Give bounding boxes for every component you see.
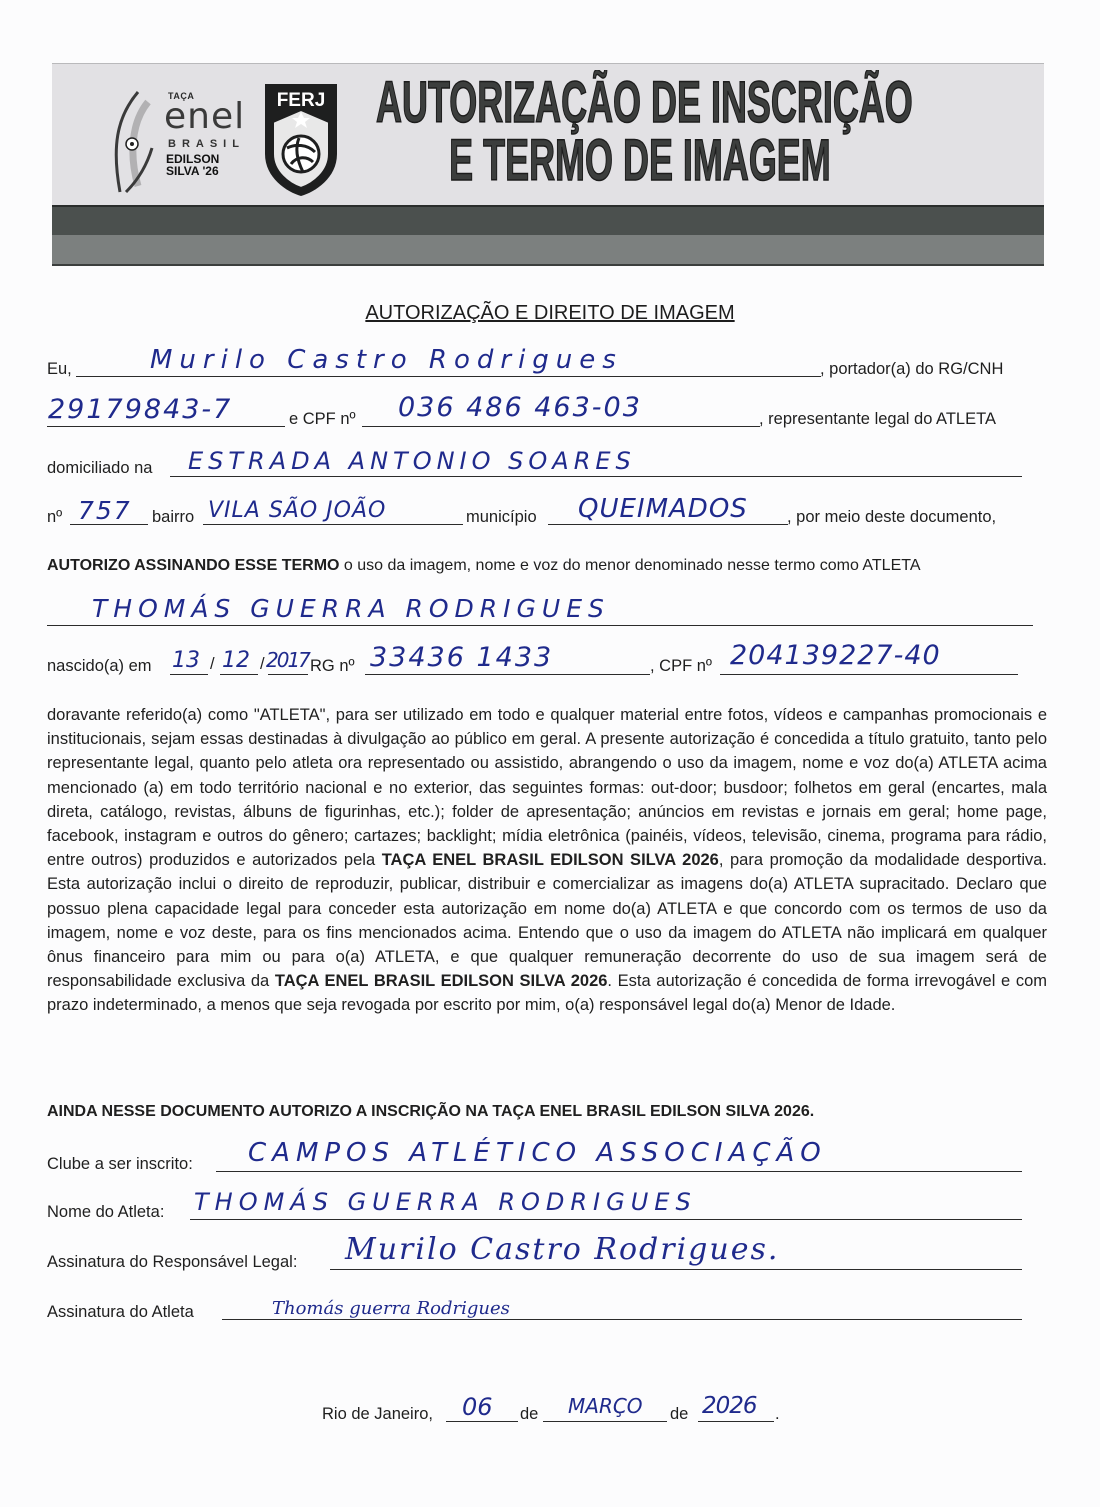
athlete-cpf-line	[720, 674, 1018, 675]
athlete-cpf-label: , CPF nº	[650, 657, 712, 676]
title-line-1: AUTORIZAÇÃO DE INSCRIÇÃO	[376, 74, 748, 132]
municipality-line	[548, 524, 788, 525]
address-line	[170, 476, 1022, 477]
district-label: bairro	[152, 508, 194, 527]
municipality-label: município	[466, 508, 537, 527]
number-field[interactable]: 757	[78, 496, 132, 525]
by-means-label: , por meio deste documento,	[787, 508, 996, 527]
de-label-2: de	[670, 1405, 688, 1424]
born-month-line	[220, 674, 258, 675]
athlete-name-label: Nome do Atleta:	[47, 1203, 164, 1222]
authorize-sentence: AUTORIZO ASSINANDO ESSE TERMO o uso da i…	[47, 557, 921, 575]
day-line	[446, 1421, 518, 1422]
athlete-rg-field[interactable]: 33436 1433	[370, 642, 553, 673]
athlete-name-field[interactable]: THOMÁS GUERRA RODRIGUES	[92, 594, 610, 623]
document-title: AUTORIZAÇÃO DE INSCRIÇÃO E TERMO DE IMAG…	[376, 74, 748, 190]
enel-swirl-logo-icon	[108, 88, 156, 196]
registration-heading: AINDA NESSE DOCUMENTO AUTORIZO A INSCRIÇ…	[47, 1103, 814, 1121]
responsible-name-line	[76, 376, 821, 377]
paragraph-event-name-1: TAÇA ENEL BRASIL EDILSON SILVA 2026	[382, 851, 719, 869]
athlete-name-line	[47, 625, 1033, 626]
registration-athlete-line	[190, 1219, 1022, 1220]
rg-line	[47, 426, 285, 427]
authorize-rest: o uso da imagem, nome e voz do menor den…	[339, 557, 920, 574]
authorize-bold: AUTORIZO ASSINANDO ESSE TERMO	[47, 557, 339, 574]
domicile-label: domiciliado na	[47, 459, 152, 478]
born-day-line	[170, 674, 208, 675]
district-field[interactable]: VILA SÃO JOÃO	[208, 498, 386, 523]
rg-field[interactable]: 29179843-7	[48, 394, 232, 425]
athlete-rg-label: RG nº	[310, 657, 355, 676]
municipality-field[interactable]: QUEIMADOS	[578, 494, 748, 524]
de-label-1: de	[520, 1405, 538, 1424]
paragraph-part-1: doravante referido(a) como "ATLETA", par…	[47, 706, 1047, 869]
year-field[interactable]: 2026	[702, 1393, 757, 1419]
footer-period: .	[775, 1405, 780, 1424]
logo-edilson-text: EDILSON SILVA '26	[166, 153, 219, 177]
year-line	[698, 1421, 774, 1422]
athlete-signature[interactable]: Thomás guerra Rodrigues	[272, 1298, 510, 1319]
rg-label: , portador(a) do RG/CNH	[820, 360, 1003, 379]
athlete-rg-line	[365, 674, 650, 675]
born-month-field[interactable]: 12	[222, 648, 250, 673]
responsible-name-field[interactable]: Murilo Castro Rodrigues	[150, 345, 623, 375]
club-field[interactable]: CAMPOS ATLÉTICO ASSOCIAÇÃO	[248, 1138, 827, 1168]
logo-brasil-text: BRASIL	[168, 138, 245, 150]
logo-silva-line: SILVA '26	[166, 164, 219, 178]
representative-label: , representante legal do ATLETA	[759, 410, 996, 429]
club-label: Clube a ser inscrito:	[47, 1155, 193, 1174]
header-stripe-dark	[52, 205, 1044, 237]
born-day-field[interactable]: 13	[172, 648, 200, 673]
month-line	[543, 1421, 667, 1422]
date-sep-1: /	[210, 655, 215, 674]
section-title: AUTORIZAÇÃO E DIREITO DE IMAGEM	[0, 302, 1100, 325]
registration-athlete-field[interactable]: THOMÁS GUERRA RODRIGUES	[194, 1188, 697, 1216]
paragraph-event-name-2: TAÇA ENEL BRASIL EDILSON SILVA 2026	[275, 972, 608, 990]
svg-text:FERJ: FERJ	[277, 90, 326, 111]
address-field[interactable]: ESTRADA ANTONIO SOARES	[188, 447, 636, 475]
city-label: Rio de Janeiro,	[322, 1405, 433, 1424]
eu-label: Eu,	[47, 360, 72, 379]
date-sep-2: /	[260, 655, 265, 674]
authorization-paragraph: doravante referido(a) como "ATLETA", par…	[47, 703, 1047, 1018]
ferj-shield-logo-icon: FERJ	[263, 82, 339, 198]
month-field[interactable]: MARÇO	[568, 1394, 643, 1418]
title-line-2: E TERMO DE IMAGEM	[449, 132, 748, 190]
header-stripe-mid	[52, 235, 1044, 266]
cpf-field[interactable]: 036 486 463-03	[398, 392, 642, 423]
club-line	[216, 1171, 1022, 1172]
day-field[interactable]: 06	[462, 1393, 493, 1421]
district-line	[203, 524, 463, 525]
athlete-signature-line	[222, 1319, 1022, 1320]
paragraph-part-2: , para promoção da modalidade desportiva…	[47, 851, 1047, 990]
athlete-signature-label: Assinatura do Atleta	[47, 1303, 194, 1322]
born-year-field[interactable]: 2017	[266, 648, 309, 672]
cpf-label: e CPF nº	[289, 410, 356, 429]
born-year-line	[268, 674, 308, 675]
athlete-cpf-field[interactable]: 204139227-40	[730, 640, 941, 671]
cpf-line	[362, 426, 760, 427]
guardian-signature-label: Assinatura do Responsável Legal:	[47, 1253, 297, 1272]
born-label: nascido(a) em	[47, 657, 152, 676]
number-label: nº	[47, 508, 62, 527]
logo-enel-text: enel	[164, 96, 245, 137]
guardian-signature[interactable]: Murilo Castro Rodrigues.	[345, 1232, 779, 1267]
guardian-signature-line	[330, 1269, 1022, 1270]
